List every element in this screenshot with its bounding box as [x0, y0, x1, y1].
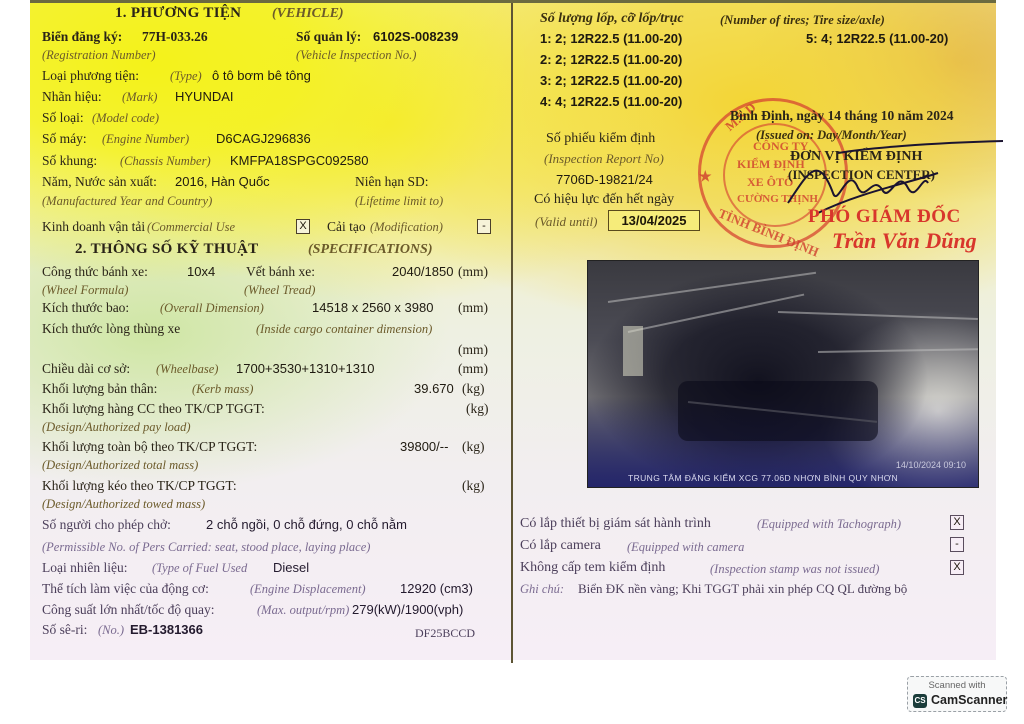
- type-label: Loại phương tiện:: [42, 68, 139, 84]
- inspection-certificate: 1. PHƯƠNG TIỆN (VEHICLE) Biển đăng ký: 7…: [30, 0, 996, 660]
- wheel-formula-value: 10x4: [187, 264, 215, 280]
- manufacture-label-en: (Manufactured Year and Country): [42, 193, 212, 209]
- wheelbase-value: 1700+3530+1310+1310: [236, 361, 374, 377]
- engine-number-label-en: (Engine Number): [102, 131, 189, 147]
- no-stamp-checkbox: X: [950, 560, 964, 575]
- camscanner-watermark: Scanned with CS CamScanner: [907, 676, 1007, 712]
- photo-timestamp: 14/10/2024 09:10: [896, 460, 966, 470]
- wheel-tread-label: Vết bánh xe:: [246, 264, 315, 280]
- vehicle-heading-en: (VEHICLE): [272, 6, 344, 22]
- towed-mass-unit: (kg): [462, 478, 485, 494]
- specs-heading-en: (SPECIFICATIONS): [308, 242, 432, 258]
- commercial-use-label: Kinh doanh vận tải: [42, 219, 145, 235]
- fuel-label: Loại nhiên liệu:: [42, 560, 127, 576]
- tire-axle-5: 5: 4; 12R22.5 (11.00-20): [806, 31, 948, 47]
- vehicle-heading: 1. PHƯƠNG TIỆN: [115, 5, 241, 21]
- inspection-no-label-en: (Vehicle Inspection No.): [296, 47, 416, 63]
- tires-label-en: (Number of tires; Tire size/axle): [720, 12, 885, 28]
- photo-caption: TRUNG TÂM ĐĂNG KIỂM XCG 77.06D NHƠN BÌNH…: [628, 473, 898, 483]
- overall-dimension-label: Kích thước bao:: [42, 300, 129, 316]
- modification-label: Cải tạo: [327, 219, 366, 235]
- mark-value: HYUNDAI: [175, 89, 234, 105]
- watermark-brand: CamScanner: [931, 693, 1007, 707]
- note-label: Ghi chú:: [520, 581, 564, 597]
- manufacture-label: Năm, Nước sản xuất:: [42, 174, 157, 190]
- displacement-label-en: (Engine Displacement): [250, 581, 366, 597]
- max-output-label: Công suất lớn nhất/tốc độ quay:: [42, 602, 215, 618]
- pay-load-label-en: (Design/Authorized pay load): [42, 419, 191, 435]
- kerb-mass-label: Khối lượng bản thân:: [42, 381, 157, 397]
- displacement-label: Thể tích làm việc của động cơ:: [42, 581, 209, 597]
- lifetime-label-en: (Lifetime limit to): [355, 193, 443, 209]
- persons-label-en: (Permissible No. of Pers Carried: seat, …: [42, 539, 370, 555]
- serial-label-en: (No.): [98, 622, 124, 638]
- inspection-no-value: 6102S-008239: [373, 29, 458, 45]
- cargo-dimension-unit: (mm): [458, 342, 488, 358]
- registration-value: 77H-033.26: [142, 29, 208, 45]
- engine-number-label: Số máy:: [42, 131, 87, 147]
- chassis-number-label-en: (Chassis Number): [120, 153, 211, 169]
- commercial-use-label-en: (Commercial Use: [147, 219, 235, 235]
- max-output-label-en: (Max. output/rpm): [257, 602, 349, 618]
- commercial-use-checkbox: X: [296, 219, 310, 234]
- wheelbase-label-en: (Wheelbase): [156, 361, 218, 377]
- camera-checkbox: -: [950, 537, 964, 552]
- column-divider: [511, 3, 513, 663]
- serial-label: Số sê-ri:: [42, 622, 87, 638]
- tires-label: Số lượng lốp, cỡ lốp/trục: [540, 11, 684, 27]
- wheel-tread-unit: (mm): [458, 264, 488, 280]
- pay-load-unit: (kg): [466, 401, 489, 417]
- serial-value: EB-1381366: [130, 622, 203, 638]
- wheel-tread-value: 2040/1850: [392, 264, 453, 280]
- kerb-mass-unit: (kg): [462, 381, 485, 397]
- chassis-number-value: KMFPA18SPGC092580: [230, 153, 369, 169]
- document-code: DF25BCCD: [415, 625, 475, 641]
- overall-dimension-value: 14518 x 2560 x 3980: [312, 300, 433, 316]
- mark-label-en: (Mark): [122, 89, 157, 105]
- wheel-formula-label: Công thức bánh xe:: [42, 264, 148, 280]
- kerb-mass-label-en: (Kerb mass): [192, 381, 253, 397]
- overall-dimension-label-en: (Overall Dimension): [160, 300, 264, 316]
- type-label-en: (Type): [170, 68, 202, 84]
- wheelbase-unit: (mm): [458, 361, 488, 377]
- persons-value: 2 chỗ ngồi, 0 chỗ đứng, 0 chỗ nằm: [206, 517, 407, 533]
- manufacture-value: 2016, Hàn Quốc: [175, 174, 270, 190]
- registration-label-en: (Registration Number): [42, 47, 156, 63]
- signer-name: Trần Văn Dũng: [832, 228, 977, 254]
- pay-load-label: Khối lượng hàng CC theo TK/CP TGGT:: [42, 401, 265, 417]
- total-mass-label: Khối lượng toàn bộ theo TK/CP TGGT:: [42, 439, 257, 455]
- registration-label: Biển đăng ký:: [42, 29, 122, 45]
- chassis-number-label: Số khung:: [42, 153, 97, 169]
- towed-mass-label-en: (Design/Authorized towed mass): [42, 496, 205, 512]
- report-label: Số phiếu kiểm định: [546, 131, 655, 147]
- engine-number-value: D6CAGJ296836: [216, 131, 311, 147]
- signer-title: PHÓ GIÁM ĐỐC: [808, 206, 961, 228]
- valid-until-label: Có hiệu lực đến hết ngày: [534, 192, 674, 208]
- persons-label: Số người cho phép chở:: [42, 517, 171, 533]
- type-value: ô tô bơm bê tông: [212, 68, 311, 84]
- towed-mass-label: Khối lượng kéo theo TK/CP TGGT:: [42, 478, 237, 494]
- report-label-en: (Inspection Report No): [544, 151, 664, 167]
- stamp-star-icon: ★: [699, 169, 712, 186]
- no-stamp-label: Không cấp tem kiểm định: [520, 560, 665, 576]
- max-output-value: 279(kW)/1900(vph): [352, 602, 463, 618]
- wheelbase-label: Chiều dài cơ sở:: [42, 361, 130, 377]
- specs-heading: 2. THÔNG SỐ KỸ THUẬT: [75, 241, 258, 257]
- valid-until-date: 13/04/2025: [608, 210, 700, 231]
- lifetime-label: Niên hạn SD:: [355, 174, 429, 190]
- valid-until-label-en: (Valid until): [535, 214, 597, 230]
- total-mass-value: 39800/--: [400, 439, 448, 455]
- fuel-label-en: (Type of Fuel Used: [152, 560, 247, 576]
- inspection-no-label: Số quản lý:: [296, 29, 361, 45]
- fuel-value: Diesel: [273, 560, 309, 576]
- kerb-mass-value: 39.670: [414, 381, 454, 397]
- camera-label-en: (Equipped with camera: [627, 539, 744, 555]
- cargo-dimension-label-en: (Inside cargo container dimension): [256, 321, 432, 337]
- displacement-value: 12920 (cm3): [400, 581, 473, 597]
- tire-axle-4: 4: 4; 12R22.5 (11.00-20): [540, 94, 682, 110]
- vehicle-photo: 14/10/2024 09:10 TRUNG TÂM ĐĂNG KIỂM XCG…: [587, 260, 979, 488]
- tire-axle-2: 2: 2; 12R22.5 (11.00-20): [540, 52, 682, 68]
- tachograph-label-en: (Equipped with Tachograph): [757, 516, 901, 532]
- total-mass-label-en: (Design/Authorized total mass): [42, 457, 198, 473]
- tachograph-label: Có lắp thiết bị giám sát hành trình: [520, 516, 711, 532]
- overall-dimension-unit: (mm): [458, 300, 488, 316]
- wheel-formula-label-en: (Wheel Formula): [42, 282, 128, 298]
- issue-place-date: Bình Định, ngày 14 tháng 10 năm 2024: [730, 108, 954, 124]
- model-code-label: Số loại:: [42, 110, 84, 126]
- camscanner-logo-icon: CS: [913, 694, 927, 708]
- total-mass-unit: (kg): [462, 439, 485, 455]
- watermark-caption: Scanned with: [908, 680, 1006, 691]
- model-code-label-en: (Model code): [92, 110, 159, 126]
- note-text: Biển ĐK nền vàng; Khi TGGT phải xin phép…: [578, 581, 907, 597]
- tachograph-checkbox: X: [950, 515, 964, 530]
- modification-checkbox: -: [477, 219, 491, 234]
- camera-label: Có lắp camera: [520, 538, 601, 554]
- report-number: 7706D-19821/24: [556, 172, 653, 188]
- no-stamp-label-en: (Inspection stamp was not issued): [710, 561, 879, 577]
- modification-label-en: (Modification): [370, 219, 443, 235]
- cargo-dimension-label: Kích thước lòng thùng xe: [42, 321, 180, 337]
- wheel-tread-label-en: (Wheel Tread): [244, 282, 315, 298]
- tire-axle-1: 1: 2; 12R22.5 (11.00-20): [540, 31, 682, 47]
- tire-axle-3: 3: 2; 12R22.5 (11.00-20): [540, 73, 682, 89]
- mark-label: Nhãn hiệu:: [42, 89, 102, 105]
